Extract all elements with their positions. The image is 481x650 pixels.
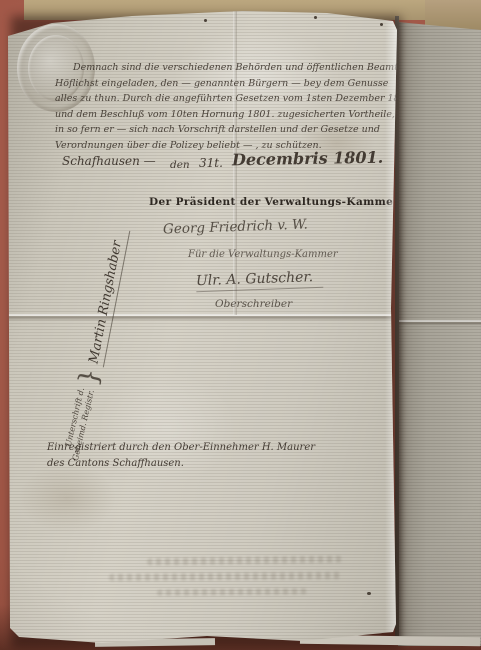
dateline-prefix: den: [170, 159, 190, 171]
printed-heading: Der Präsident der Verwaltungs-Kammer: [149, 196, 399, 208]
clerk-title: Oberschreiber: [215, 298, 292, 310]
annotation-brace: }: [75, 366, 104, 388]
photograph-of-document: Demnach sind die verschiedenen Behörden …: [0, 0, 481, 650]
dateline-day: 31t.: [199, 156, 223, 170]
dateline-place: Schafhausen —: [62, 154, 156, 168]
right-page-fold-crease: [398, 320, 481, 325]
body-line: alles zu thun. Durch die angeführten Ges…: [55, 91, 355, 107]
dateline-month-year: Decembris 1801.: [232, 148, 384, 170]
ink-show-through: [157, 588, 307, 596]
margin-signature: Martin Ringshaber: [86, 228, 130, 368]
clerk-signature: Ulr. A. Gutscher.: [196, 269, 324, 292]
registration-note-line: Einregistriert durch den Ober-Einnehmer …: [47, 442, 315, 453]
paper-speck: [204, 19, 207, 22]
president-signature: Georg Friedrich v. W.: [163, 216, 308, 237]
paper-speck: [380, 23, 383, 26]
body-line: Demnach sind die verschiedenen Behörden …: [55, 60, 355, 76]
ink-show-through: [109, 572, 341, 581]
second-leaf-page: [398, 14, 481, 646]
body-line: in so fern er — sich nach Vorschrift dar…: [55, 122, 355, 138]
paper-speck: [314, 16, 317, 19]
document-page: Demnach sind die verschiedenen Behörden …: [7, 8, 397, 644]
body-paragraph: Demnach sind die verschiedenen Behörden …: [55, 60, 355, 154]
rotated-margin-annotation: Unterschrift d. Geheimd. Registr. } Mart…: [21, 304, 153, 440]
ink-show-through: [147, 556, 342, 566]
body-line: und dem Beschluß vom 10ten Hornung 1801.…: [55, 107, 355, 123]
registration-note-line: des Cantons Schaffhausen.: [47, 458, 184, 469]
body-line: Höflichst eingeladen, den — genannten Bü…: [55, 76, 355, 92]
on-behalf-line: Für die Verwaltungs-Kammer: [188, 249, 338, 260]
paper-speck: [367, 592, 371, 595]
rotated-annotation-content: Unterschrift d. Geheimd. Registr. } Mart…: [58, 281, 124, 462]
